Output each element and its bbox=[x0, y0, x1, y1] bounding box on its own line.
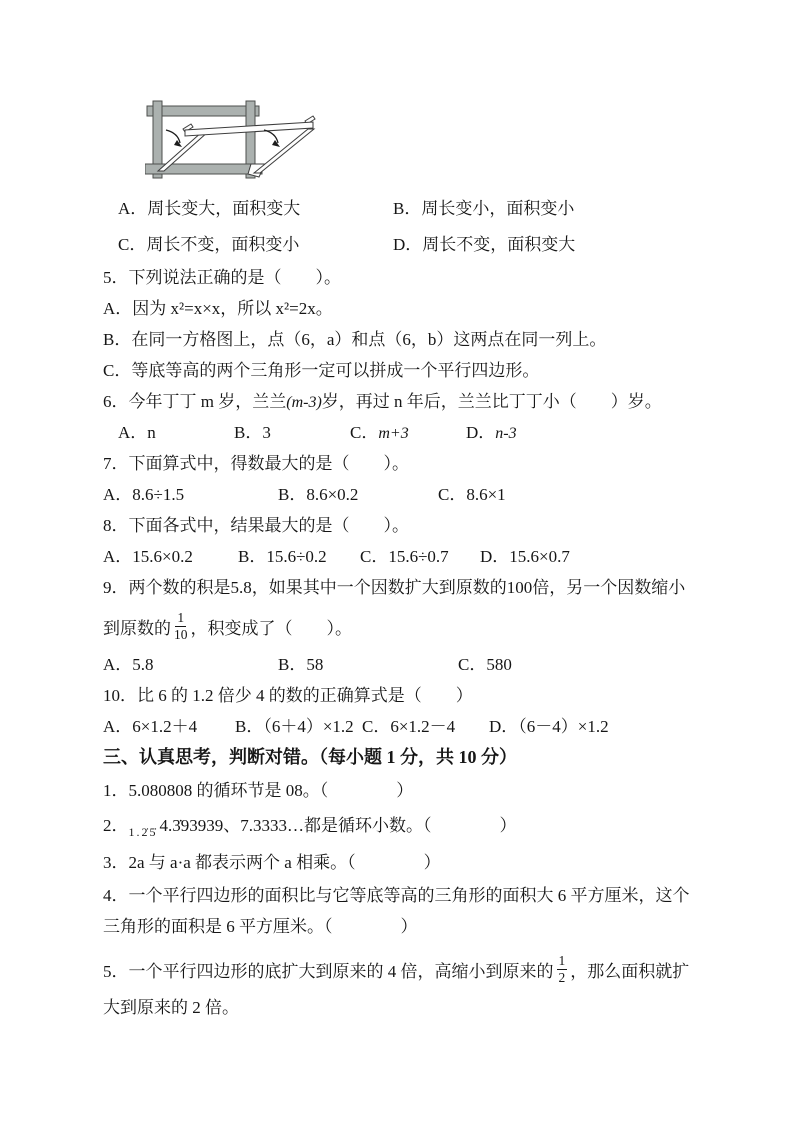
option-text: （6－4）×1.2 bbox=[518, 717, 608, 736]
option-label: A． bbox=[103, 485, 132, 504]
judge-item-5-line2: 大到原来的 2 倍。 bbox=[103, 992, 733, 1023]
q7-options: A．8.6÷1.5 B．8.6×0.2 C．8.6×1 bbox=[103, 479, 733, 510]
option-text: 6×1.2＋4 bbox=[132, 717, 197, 736]
option-text: 58 bbox=[306, 655, 323, 674]
q4-option-c: C．周长不变，面积变小 bbox=[118, 229, 393, 260]
option-label: A． bbox=[103, 655, 132, 674]
q4-option-d: D．周长不变，面积变大 bbox=[393, 229, 575, 260]
option-label: B． bbox=[278, 485, 306, 504]
fraction-one-half: 12 bbox=[557, 953, 568, 985]
judge-item-5-pre: 5．一个平行四边形的底扩大到原来的 4 倍，高缩小到原来的 bbox=[103, 957, 554, 982]
q8-options: A．15.6×0.2 B．15.6÷0.2 C．15.6÷0.7 D．15.6×… bbox=[103, 541, 733, 572]
option-label: C． bbox=[362, 717, 390, 736]
q9-line2-pre: 到原数的 bbox=[103, 614, 171, 639]
option-label: C． bbox=[458, 655, 486, 674]
q8-option-a: A．15.6×0.2 bbox=[103, 541, 238, 572]
option-text: 周长变小，面积变小 bbox=[421, 199, 574, 218]
option-label: A． bbox=[103, 299, 132, 318]
frame-top-bar bbox=[147, 106, 259, 116]
q10-stem: 10．比 6 的 1.2 倍少 4 的数的正确算式是（ ） bbox=[103, 680, 733, 711]
q10-options: A．6×1.2＋4 B．（6＋4）×1.2 C．6×1.2－4 D．（6－4）×… bbox=[103, 711, 733, 742]
option-text: 8.6×1 bbox=[466, 485, 505, 504]
option-label: B． bbox=[278, 655, 306, 674]
q6-options: A．n B．3 C．m+3 D．n-3 bbox=[103, 417, 733, 448]
q9-stem-line2: 到原数的 110 ，积变成了（ ）。 bbox=[103, 603, 733, 649]
option-label: D． bbox=[393, 235, 422, 254]
q10-option-c: C．6×1.2－4 bbox=[362, 711, 489, 742]
left-rotation-arrow bbox=[166, 130, 180, 143]
q8-option-c: C．15.6÷0.7 bbox=[360, 541, 480, 572]
option-text: 3 bbox=[262, 423, 271, 442]
judge-item-4-line1: 4．一个平行四边形的面积比与它等底等高的三角形的面积大 6 平方厘米，这个 bbox=[103, 880, 733, 911]
option-label: B． bbox=[235, 717, 263, 736]
option-label: A． bbox=[118, 199, 147, 218]
option-label: A． bbox=[103, 717, 132, 736]
option-text: 15.6÷0.2 bbox=[266, 547, 326, 566]
judge-item-2-text: 4.3̇93939、7.3333…都是循环小数。（ ） bbox=[160, 816, 517, 835]
fraction-numerator: 1 bbox=[175, 610, 186, 627]
judge-item-5-line1: 5．一个平行四边形的底扩大到原来的 4 倍，高缩小到原来的 12 ，那么面积就扩 bbox=[103, 946, 733, 992]
option-text: 因为 x²=x×x，所以 x²=2x。 bbox=[132, 299, 332, 318]
frame-figure bbox=[145, 100, 320, 185]
option-text: 6×1.2－4 bbox=[390, 717, 455, 736]
q9-option-b: B．58 bbox=[278, 649, 458, 680]
q7-option-c: C．8.6×1 bbox=[438, 479, 506, 510]
judge-item-4-line2: 三角形的面积是 6 平方厘米。（ ） bbox=[103, 911, 733, 942]
q5-option-b: B．在同一方格图上，点（6，a）和点（6，b）这两点在同一列上。 bbox=[103, 324, 733, 355]
option-label: B． bbox=[393, 199, 421, 218]
q7-stem: 7．下面算式中，得数最大的是（ ）。 bbox=[103, 448, 733, 479]
option-label: B． bbox=[238, 547, 266, 566]
q6-stem-pre: 6．今年丁丁 m 岁，兰兰 bbox=[103, 392, 286, 411]
option-text: 周长变大，面积变大 bbox=[147, 199, 300, 218]
q6-stem-post: 岁，再过 n 年后，兰兰比丁丁小（ ）岁。 bbox=[322, 392, 662, 411]
option-text: 等底等高的两个三角形一定可以拼成一个平行四边形。 bbox=[131, 361, 539, 380]
option-text: 15.6÷0.7 bbox=[388, 547, 448, 566]
q9-stem-line1: 9．两个数的积是5.8，如果其中一个因数扩大到原数的100倍，另一个因数缩小 bbox=[103, 572, 733, 603]
option-label: B． bbox=[103, 330, 131, 349]
q7-option-a: A．8.6÷1.5 bbox=[103, 479, 278, 510]
q9-option-c: C．580 bbox=[458, 649, 512, 680]
judge-item-1: 1．5.080808 的循环节是 08。（ ） bbox=[103, 775, 733, 806]
option-text: 在同一方格图上，点（6，a）和点（6，b）这两点在同一列上。 bbox=[131, 330, 606, 349]
option-text: n bbox=[147, 423, 156, 442]
q4-option-a: A．周长变大，面积变大 bbox=[118, 193, 393, 224]
q8-option-d: D．15.6×0.7 bbox=[480, 541, 570, 572]
option-label: B． bbox=[234, 423, 262, 442]
section3-header: 三、认真思考，判断对错。（每小题 1 分，共 10 分） bbox=[103, 742, 733, 773]
q10-option-b: B．（6＋4）×1.2 bbox=[235, 711, 362, 742]
option-text: 15.6×0.7 bbox=[509, 547, 570, 566]
option-label: D． bbox=[466, 423, 495, 442]
q5-option-c: C．等底等高的两个三角形一定可以拼成一个平行四边形。 bbox=[103, 355, 733, 386]
left-arrowhead-icon bbox=[174, 140, 182, 147]
q4-figure bbox=[145, 100, 320, 185]
q6-stem: 6．今年丁丁 m 岁，兰兰(m-3)岁，再过 n 年后，兰兰比丁丁小（ ）岁。 bbox=[103, 386, 733, 417]
q9-options: A．5.8 B．58 C．580 bbox=[103, 649, 733, 680]
exam-page: A．周长变大，面积变大 B．周长变小，面积变小 C．周长不变，面积变小 D．周长… bbox=[0, 100, 793, 1023]
option-text: 周长不变，面积变小 bbox=[146, 235, 299, 254]
q6-option-d: D．n-3 bbox=[466, 417, 517, 448]
stick-right-slant bbox=[254, 129, 314, 173]
judge-item-5-post: ，那么面积就扩 bbox=[570, 957, 689, 982]
q4-options-row2: C．周长不变，面积变小 D．周长不变，面积变大 bbox=[103, 229, 733, 260]
option-label: A． bbox=[118, 423, 147, 442]
q10-option-d: D．（6－4）×1.2 bbox=[489, 711, 609, 742]
judge-item-2: 2．1.2̇5̇4.3̇93939、7.3333…都是循环小数。（ ） bbox=[103, 810, 733, 841]
option-text: n-3 bbox=[495, 425, 516, 442]
option-text: 5.8 bbox=[132, 655, 153, 674]
q7-option-b: B．8.6×0.2 bbox=[278, 479, 438, 510]
q5-stem: 5．下列说法正确的是（ ）。 bbox=[103, 262, 733, 293]
option-text: 8.6÷1.5 bbox=[132, 485, 184, 504]
q9-option-a: A．5.8 bbox=[103, 649, 278, 680]
q5-option-a: A．因为 x²=x×x，所以 x²=2x。 bbox=[103, 293, 733, 324]
fraction-one-tenth: 110 bbox=[174, 610, 188, 642]
option-label: A． bbox=[103, 547, 132, 566]
option-label: C． bbox=[103, 361, 131, 380]
option-label: C． bbox=[438, 485, 466, 504]
right-rotation-arrow bbox=[264, 130, 278, 143]
option-text: 周长不变，面积变大 bbox=[422, 235, 575, 254]
option-label: C． bbox=[118, 235, 146, 254]
fraction-denominator: 10 bbox=[174, 627, 188, 643]
q6-stem-math: (m-3) bbox=[286, 394, 322, 411]
option-text: 580 bbox=[486, 655, 512, 674]
q4-options-row1: A．周长变大，面积变大 B．周长变小，面积变小 bbox=[103, 193, 733, 224]
q10-option-a: A．6×1.2＋4 bbox=[103, 711, 235, 742]
option-label: D． bbox=[480, 547, 509, 566]
q9-line2-post: ，积变成了（ ）。 bbox=[191, 614, 353, 639]
fraction-denominator: 2 bbox=[559, 970, 566, 986]
q8-stem: 8．下面各式中，结果最大的是（ ）。 bbox=[103, 510, 733, 541]
option-label: D． bbox=[489, 717, 518, 736]
q6-option-c: C．m+3 bbox=[350, 417, 466, 448]
right-arrowhead-icon bbox=[272, 140, 280, 147]
judge-item-3: 3．2a 与 a·a 都表示两个 a 相乘。（ ） bbox=[103, 847, 733, 878]
option-text: m+3 bbox=[378, 425, 408, 442]
option-text: （6＋4）×1.2 bbox=[263, 717, 353, 736]
option-label: C． bbox=[350, 423, 378, 442]
option-text: 15.6×0.2 bbox=[132, 547, 193, 566]
q6-option-a: A．n bbox=[118, 417, 234, 448]
q8-option-b: B．15.6÷0.2 bbox=[238, 541, 360, 572]
q6-option-b: B．3 bbox=[234, 417, 350, 448]
q4-option-b: B．周长变小，面积变小 bbox=[393, 193, 574, 224]
judge-item-2-repeating-decimal: 1.2̇5̇ bbox=[129, 825, 158, 839]
option-label: C． bbox=[360, 547, 388, 566]
fraction-numerator: 1 bbox=[557, 953, 568, 970]
judge-item-2-prefix: 2． bbox=[103, 816, 129, 835]
option-text: 8.6×0.2 bbox=[306, 485, 358, 504]
